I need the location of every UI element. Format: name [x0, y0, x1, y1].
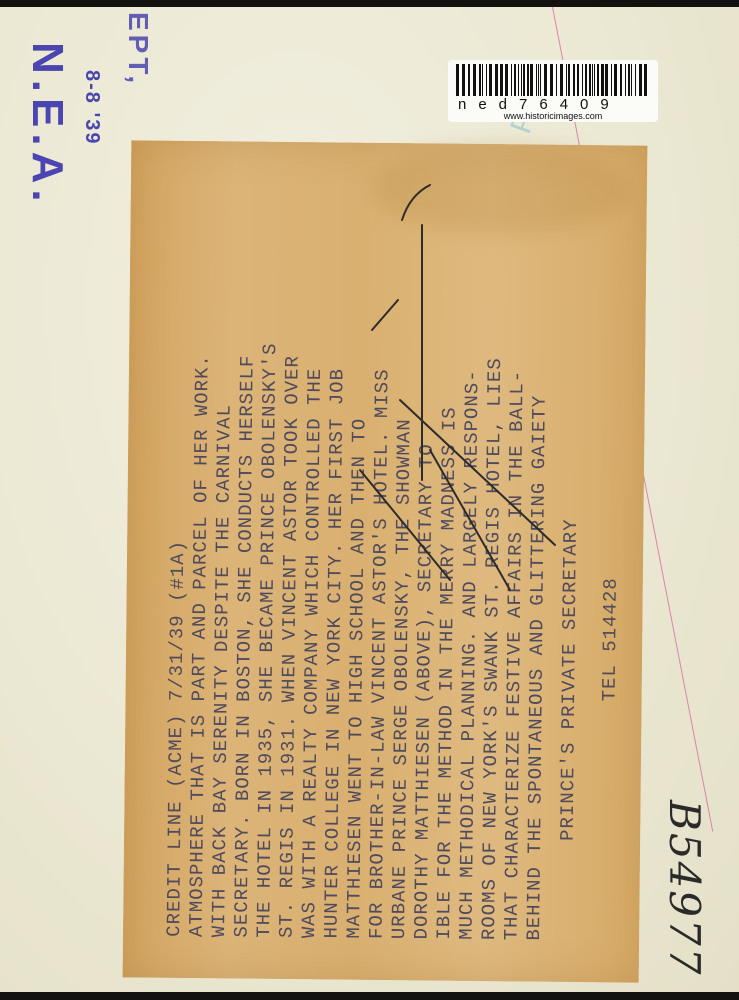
dept-stamp-fragment: EPT, — [122, 12, 154, 87]
caption-sheet: CREDIT LINE (ACME) 7/31/39 (#1A) ATMOSPH… — [123, 140, 648, 982]
date-stamp: 8-8 '39 — [80, 70, 103, 145]
agency-stamp: N.E.A. — [22, 42, 72, 208]
barcode-bars — [456, 64, 650, 96]
caption-text-block: CREDIT LINE (ACME) 7/31/39 (#1A) ATMOSPH… — [163, 177, 631, 942]
barcode-url: www.historicimages.com — [448, 111, 658, 121]
scan-border-bottom — [0, 992, 739, 1000]
barcode-label: ned76409 www.historicimages.com — [448, 60, 658, 122]
caption-tel: TEL 514428 — [596, 181, 626, 941]
handwritten-archive-number: B54977 — [660, 800, 709, 976]
scan-border-top — [0, 0, 739, 7]
